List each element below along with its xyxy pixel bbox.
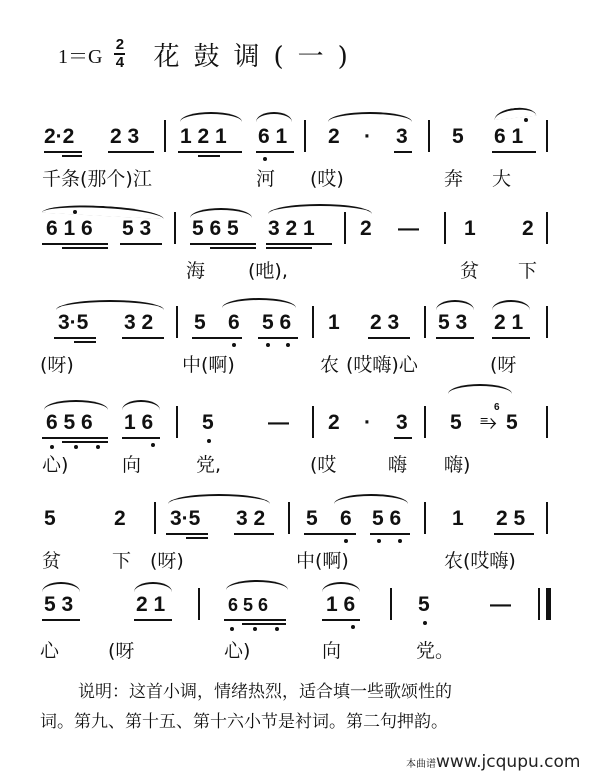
low-octave-dot (151, 443, 155, 447)
barline (304, 120, 306, 152)
lyric: 嗨 (388, 450, 407, 477)
staff-line-4: 6 5 6 1 6 5 — 2 · 3 5 6 ⥱ 5 心) 向 党, (哎 嗨… (0, 412, 598, 502)
staff-line-1: 2·2 2 3 1 2 1 6 1 2 · 3 5 6 1 千条(那个)江 河 … (0, 126, 598, 216)
underline (186, 537, 208, 539)
note: 1 2 1 (180, 126, 227, 148)
lyric: 农(哎嗨) (444, 546, 516, 573)
note: 5 (202, 412, 214, 434)
note: 2 (328, 126, 340, 148)
low-octave-dot (74, 445, 78, 449)
note: 1 6 (124, 412, 153, 434)
note: 6 (340, 508, 352, 530)
barline (312, 406, 314, 438)
note: 2 5 (496, 508, 525, 530)
slur (494, 106, 537, 120)
staff-line-2: 6 1 6 5 3 5 6 5 3 2 1 2 — 1 2 海 (吔), 贫 下 (0, 218, 598, 308)
slur (180, 112, 242, 122)
barline (164, 120, 166, 152)
low-octave-dot (275, 627, 279, 631)
underline (44, 151, 82, 153)
high-octave-dot (73, 210, 77, 214)
lyric: 党, (196, 450, 221, 477)
low-octave-dot (207, 439, 211, 443)
dash: — (490, 594, 511, 616)
barline (424, 306, 426, 338)
barline (198, 588, 200, 620)
note: 5 6 5 (192, 218, 239, 240)
dot: · (364, 126, 371, 148)
underline (62, 441, 108, 443)
lyric: 河 (256, 164, 275, 191)
underline (62, 247, 108, 249)
watermark-prefix: 本曲谱 (406, 759, 436, 770)
note: 6 1 (494, 126, 523, 148)
note: 1 (452, 508, 464, 530)
note: 3 (396, 412, 408, 434)
underline (192, 337, 242, 339)
note: 5 3 (438, 312, 467, 334)
low-octave-dot (398, 539, 402, 543)
time-signature-denominator: 4 (116, 56, 124, 70)
underline (122, 437, 160, 439)
note: 6 (228, 312, 240, 334)
underline (122, 337, 164, 339)
lyric: (呀 (490, 350, 516, 377)
time-signature: 2 4 (114, 38, 125, 70)
note: 3·5 (170, 508, 200, 530)
low-octave-dot (423, 621, 427, 625)
underline (368, 337, 410, 339)
lyric: 千条(那个)江 (42, 164, 152, 191)
time-signature-numerator: 2 (116, 38, 124, 52)
barline (546, 120, 548, 152)
note: 2 (328, 412, 340, 434)
underline (42, 619, 80, 621)
slide-mark: ⥱ (480, 412, 497, 434)
barline (176, 406, 178, 438)
lyric: 心 (40, 636, 59, 663)
note: 5 (194, 312, 206, 334)
lyric: 海 (186, 256, 205, 283)
low-octave-dot (50, 445, 54, 449)
barline (444, 212, 446, 244)
note: 1 (328, 312, 340, 334)
final-barline-thick (546, 588, 551, 620)
underline (266, 243, 332, 245)
barline (288, 502, 290, 534)
barline (546, 502, 548, 534)
note: 3 (396, 126, 408, 148)
lyric: 农 (320, 350, 339, 377)
lyric: (呀) (40, 350, 74, 377)
note: 2 (522, 218, 534, 240)
note: 5 (506, 412, 518, 434)
note: 3·5 (58, 312, 88, 334)
low-octave-dot (286, 343, 290, 347)
underline (394, 437, 412, 439)
barline (176, 306, 178, 338)
low-octave-dot (230, 627, 234, 631)
lyric: (哎) (310, 164, 344, 191)
underline (234, 533, 274, 535)
slur (256, 112, 292, 122)
low-octave-dot (96, 445, 100, 449)
lyric: 向 (322, 636, 341, 663)
note: 2 (360, 218, 372, 240)
barline (546, 212, 548, 244)
note: 6 1 6 (46, 218, 93, 240)
barline (428, 120, 430, 152)
lyric: (哎 (310, 450, 336, 477)
lyric: 下 (112, 546, 131, 573)
lyric: 嗨) (444, 450, 470, 477)
lyric: (呀) (150, 546, 184, 573)
note: 5 6 (372, 508, 401, 530)
lyric: 贫 (42, 546, 61, 573)
note: 2 (114, 508, 126, 530)
note: 3 2 1 (268, 218, 315, 240)
lyric: 中(啊) (182, 350, 235, 377)
low-octave-dot (253, 627, 257, 631)
underline (74, 341, 96, 343)
note: 5 3 (44, 594, 73, 616)
lyric: 下 (518, 256, 537, 283)
watermark-url[interactable]: www.jcqupu.com (436, 752, 580, 772)
underline (166, 533, 208, 535)
staff-line-5: 5 2 3·5 3 2 5 6 5 6 1 2 5 贫 下 (呀) 中(啊) 农… (0, 508, 598, 598)
barline (546, 306, 548, 338)
underline (210, 247, 256, 249)
lyric: (吔), (248, 256, 288, 283)
underline (62, 155, 82, 157)
low-octave-dot (232, 343, 236, 347)
note: 5 3 (122, 218, 151, 240)
underline (54, 337, 96, 339)
lyric: 心) (42, 450, 68, 477)
underline (134, 619, 172, 621)
note: 5 (452, 126, 464, 148)
explanation-line-2: 词。第九、第十五、第十六小节是衬词。第二句押韵。 (40, 707, 448, 737)
underline (492, 337, 530, 339)
underline (242, 623, 286, 625)
note: 5 (450, 412, 462, 434)
slur (328, 112, 412, 122)
barline (424, 502, 426, 534)
underline (394, 151, 412, 153)
note: 5 (44, 508, 56, 530)
staff-line-6: 5 3 2 1 6 5 6 1 6 5 — 心 (呀 心) 向 党。 (0, 594, 598, 684)
underline (494, 533, 534, 535)
lyric: 心) (224, 636, 250, 663)
note: 2 1 (494, 312, 523, 334)
note: 1 (464, 218, 476, 240)
lyric: 贫 (460, 256, 479, 283)
lyric: 党。 (416, 636, 454, 663)
note: 3 2 (236, 508, 265, 530)
underline (492, 151, 536, 153)
underline (370, 533, 410, 535)
note: 5 (306, 508, 318, 530)
underline (436, 337, 474, 339)
lyric: 向 (122, 450, 141, 477)
note: 6 5 6 (46, 412, 93, 434)
final-barline-thin (538, 588, 540, 620)
underline (190, 243, 256, 245)
song-title: 花鼓调(一) (153, 36, 361, 73)
low-octave-dot (351, 625, 355, 629)
explanation-line-1: 说明：这首小调，情绪热烈，适合填一些歌颂性的 (78, 677, 452, 707)
key-signature: 1＝G (58, 40, 102, 69)
title-row: 1＝G 2 4 花鼓调(一) (58, 34, 362, 74)
barline (154, 502, 156, 534)
note: 5 (418, 594, 430, 616)
note: 3 2 (124, 312, 153, 334)
low-octave-dot (377, 539, 381, 543)
dot: · (364, 412, 371, 434)
barline (312, 306, 314, 338)
note: 2 1 (136, 594, 165, 616)
underline (108, 151, 154, 153)
lyric: 中(啊) (296, 546, 349, 573)
underline (224, 619, 286, 621)
high-octave-dot (524, 118, 528, 122)
underline (322, 619, 360, 621)
barline (546, 406, 548, 438)
underline (266, 247, 312, 249)
barline (390, 588, 392, 620)
watermark: 本曲谱www.jcqupu.com (406, 752, 580, 772)
low-octave-dot (266, 343, 270, 347)
note: 1 6 (326, 594, 355, 616)
note: 6 5 6 (228, 594, 268, 616)
note: 6 1 (258, 126, 287, 148)
underline (258, 337, 298, 339)
note: 2·2 (44, 126, 74, 148)
note: 2 3 (110, 126, 139, 148)
dash: — (398, 218, 419, 240)
lyric: 奔 (444, 164, 463, 191)
underline (304, 533, 356, 535)
lyric: (呀 (108, 636, 134, 663)
barline (174, 212, 176, 244)
underline (42, 437, 108, 439)
low-octave-dot (263, 157, 267, 161)
lyric: (哎嗨)心 (346, 350, 418, 377)
underline (42, 243, 108, 245)
underline (178, 151, 242, 153)
barline (424, 406, 426, 438)
low-octave-dot (344, 539, 348, 543)
barline (344, 212, 346, 244)
dash: — (268, 412, 289, 434)
note: 2 3 (370, 312, 399, 334)
underline (120, 243, 162, 245)
underline (256, 151, 294, 153)
underline (198, 155, 220, 157)
lyric: 大 (492, 164, 511, 191)
note: 5 6 (262, 312, 291, 334)
